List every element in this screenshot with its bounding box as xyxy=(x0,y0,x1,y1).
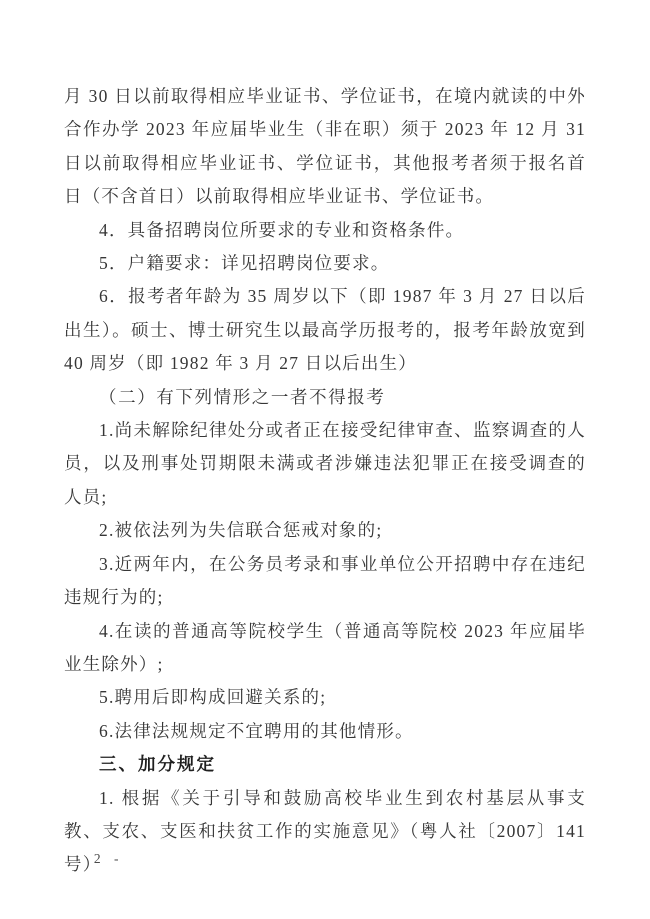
page-body: 月 30 日以前取得相应毕业证书、学位证书，在境内就读的中外合作办学 2023 … xyxy=(64,80,586,882)
section-2-heading: （二）有下列情形之一者不得报考 xyxy=(64,381,586,414)
restriction-item-1: 1.尚未解除纪律处分或者正在接受纪律审查、监察调查的人员，以及刑事处罚期限未满或… xyxy=(64,414,586,514)
continued-paragraph: 月 30 日以前取得相应毕业证书、学位证书，在境内就读的中外合作办学 2023 … xyxy=(64,80,586,214)
restriction-item-6: 6.法律法规规定不宜聘用的其他情形。 xyxy=(64,715,586,748)
restriction-item-3: 3.近两年内，在公务员考录和事业单位公开招聘中存在违纪违规行为的; xyxy=(64,548,586,615)
bonus-policy-item-1: 1. 根据《关于引导和鼓励高校毕业生到农村基层从事支教、支农、支医和扶贫工作的实… xyxy=(64,782,586,882)
restriction-item-2: 2.被依法列为失信联合惩戒对象的; xyxy=(64,514,586,547)
qualification-item-4: 4．具备招聘岗位所要求的专业和资格条件。 xyxy=(64,214,586,247)
qualification-item-5: 5．户籍要求：详见招聘岗位要求。 xyxy=(64,247,586,280)
qualification-item-6: 6．报考者年龄为 35 周岁以下（即 1987 年 3 月 27 日以后出生）。… xyxy=(64,280,586,380)
page-number: - 2 - xyxy=(76,851,124,867)
restriction-item-5: 5.聘用后即构成回避关系的; xyxy=(64,681,586,714)
section-3-heading: 三、加分规定 xyxy=(64,748,586,781)
restriction-item-4: 4.在读的普通高等院校学生（普通高等院校 2023 年应届毕业生除外）; xyxy=(64,615,586,682)
document-page: 月 30 日以前取得相应毕业证书、学位证书，在境内就读的中外合作办学 2023 … xyxy=(0,0,650,919)
